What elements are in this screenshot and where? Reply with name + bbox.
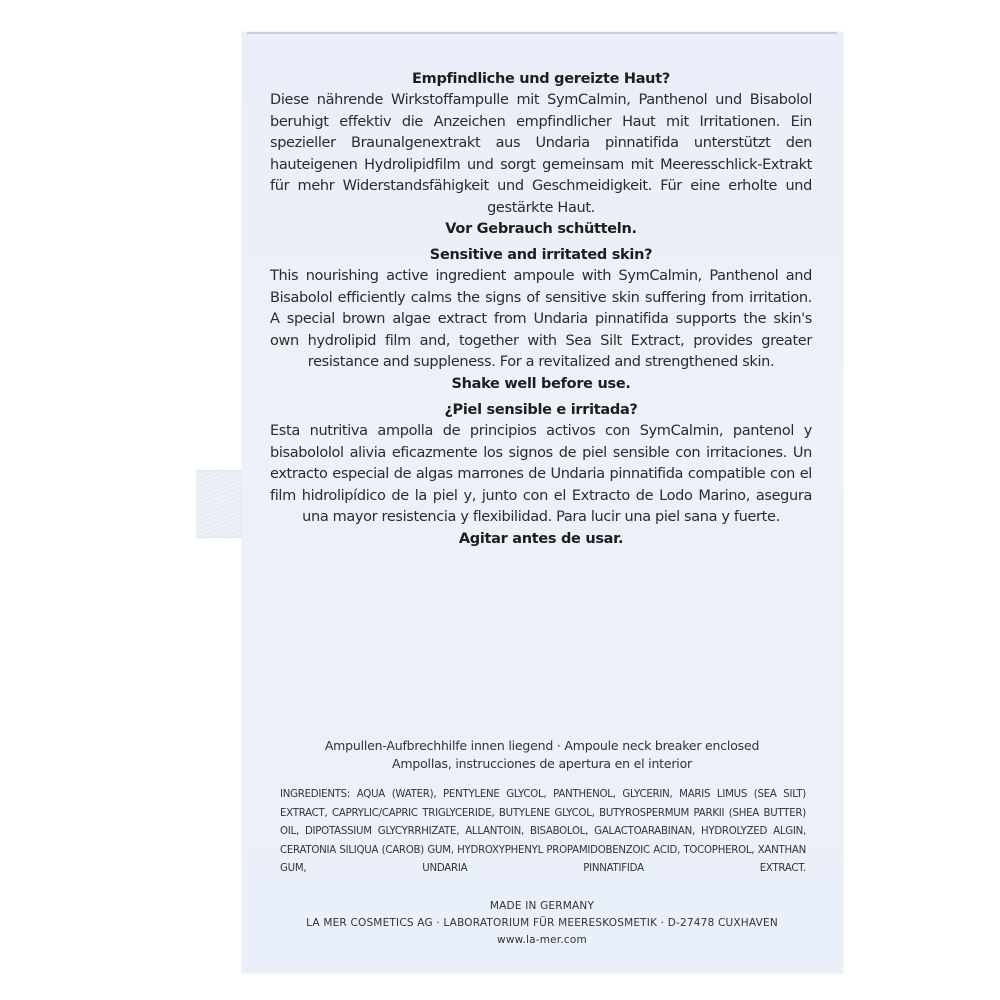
body-english: This nourishing active ingredient ampoul… [270, 266, 812, 374]
section-english: Sensitive and irritated skin? This nouri… [270, 245, 812, 395]
instruction-english: Shake well before use. [270, 374, 812, 395]
heading-spanish: ¿Piel sensible e irritada? [270, 400, 812, 421]
instruction-spanish: Agitar antes de usar. [270, 529, 812, 550]
website-url: www.la-mer.com [262, 932, 822, 949]
box-top-edge [247, 32, 837, 34]
heading-english: Sensitive and irritated skin? [270, 245, 812, 266]
notice-line-2: Ampollas, instrucciones de apertura en e… [262, 755, 822, 773]
made-in-label: MADE IN GERMANY [262, 898, 822, 915]
ingredients-list: INGREDIENTS: AQUA (WATER), PENTYLENE GLY… [280, 786, 806, 879]
company-address: LA MER COSMETICS AG · LABORATORIUM FÜR M… [262, 915, 822, 932]
section-spanish: ¿Piel sensible e irritada? Esta nutritiv… [270, 400, 812, 550]
instruction-german: Vor Gebrauch schütteln. [270, 219, 812, 240]
ingredients-block: INGREDIENTS: AQUA (WATER), PENTYLENE GLY… [280, 786, 806, 879]
heading-german: Empfindliche und gereizte Haut? [270, 69, 812, 90]
ampoule-notice: Ampullen-Aufbrechhilfe innen liegend · A… [262, 737, 822, 773]
body-spanish: Esta nutritiva ampolla de principios act… [270, 421, 812, 529]
ribbon-pull-tab [196, 470, 244, 538]
section-german: Empfindliche und gereizte Haut? Diese nä… [270, 69, 812, 240]
manufacturer-footer: MADE IN GERMANY LA MER COSMETICS AG · LA… [262, 898, 822, 949]
body-german: Diese nährende Wirkstoffampulle mit SymC… [270, 90, 812, 219]
notice-line-1: Ampullen-Aufbrechhilfe innen liegend · A… [262, 737, 822, 755]
